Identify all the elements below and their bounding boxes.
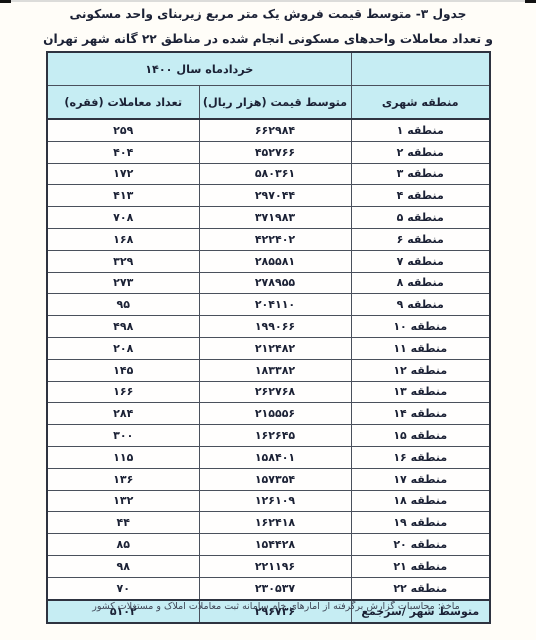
price-cell: ۲۳۰۵۳۷ — [199, 577, 351, 599]
district-cell: منطقه ۲ — [351, 141, 490, 163]
price-cell: ۱۲۶۱۰۹ — [199, 490, 351, 512]
district-cell: منطقه ۱۷ — [351, 468, 490, 490]
price-cell: ۲۶۲۷۶۸ — [199, 381, 351, 403]
transactions-cell: ۹۸ — [47, 555, 199, 577]
district-cell: منطقه ۱۴ — [351, 403, 490, 425]
transactions-column-header: تعداد معاملات (فقره) — [47, 86, 199, 120]
transactions-cell: ۸۵ — [47, 534, 199, 556]
district-cell: منطقه ۲۰ — [351, 534, 490, 556]
price-column-header: متوسط قیمت (هزار ریال) — [199, 86, 351, 120]
price-cell: ۱۶۲۶۴۵ — [199, 425, 351, 447]
district-header-empty-cell — [351, 52, 490, 86]
transactions-cell: ۳۲۹ — [47, 250, 199, 272]
transactions-cell: ۱۴۵ — [47, 359, 199, 381]
table-row: منطقه ۶ ۴۲۲۴۰۲ ۱۶۸ — [47, 228, 490, 250]
transactions-cell: ۱۶۸ — [47, 228, 199, 250]
transactions-cell: ۱۳۶ — [47, 468, 199, 490]
district-cell: منطقه ۱۳ — [351, 381, 490, 403]
transactions-cell: ۴۰۴ — [47, 141, 199, 163]
price-cell: ۲۷۸۹۵۵ — [199, 272, 351, 294]
district-cell: منطقه ۵ — [351, 207, 490, 229]
period-header-cell: خردادماه سال ۱۴۰۰ — [47, 52, 351, 86]
district-cell: منطقه ۱۶ — [351, 446, 490, 468]
transactions-cell: ۲۸۴ — [47, 403, 199, 425]
price-cell: ۲۱۲۴۸۲ — [199, 337, 351, 359]
table-row: منطقه ۱۸ ۱۲۶۱۰۹ ۱۳۲ — [47, 490, 490, 512]
price-cell: ۲۸۵۵۸۱ — [199, 250, 351, 272]
price-cell: ۱۵۴۴۲۸ — [199, 534, 351, 556]
transactions-cell: ۱۳۲ — [47, 490, 199, 512]
transactions-cell: ۴۴ — [47, 512, 199, 534]
transactions-cell: ۴۹۸ — [47, 316, 199, 338]
table-row: منطقه ۱۶ ۱۵۸۴۰۱ ۱۱۵ — [47, 446, 490, 468]
district-cell: منطقه ۱۸ — [351, 490, 490, 512]
table-row: منطقه ۹ ۲۰۴۱۱۰ ۹۵ — [47, 294, 490, 316]
district-cell: منطقه ۱۹ — [351, 512, 490, 534]
table-row: منطقه ۲۰ ۱۵۴۴۲۸ ۸۵ — [47, 534, 490, 556]
price-cell: ۳۷۱۹۸۳ — [199, 207, 351, 229]
column-header-row: منطقه شهری متوسط قیمت (هزار ریال) تعداد … — [47, 86, 490, 120]
source-note: ماخذ: محاسبات گزارش برگرفته از آمارهای خ… — [56, 601, 496, 612]
table-row: منطقه ۱۵ ۱۶۲۶۴۵ ۳۰۰ — [47, 425, 490, 447]
district-cell: منطقه ۳ — [351, 163, 490, 185]
table-row: منطقه ۱۲ ۱۸۳۳۸۲ ۱۴۵ — [47, 359, 490, 381]
price-cell: ۴۵۲۷۶۶ — [199, 141, 351, 163]
district-cell: منطقه ۲۱ — [351, 555, 490, 577]
document-page: جدول ۳- متوسط قیمت فروش یک متر مربع زیرب… — [0, 0, 536, 640]
transactions-cell: ۷۰ — [47, 577, 199, 599]
price-cell: ۴۲۲۴۰۲ — [199, 228, 351, 250]
price-cell: ۱۵۸۴۰۱ — [199, 446, 351, 468]
transactions-cell: ۱۷۲ — [47, 163, 199, 185]
district-cell: منطقه ۱۰ — [351, 316, 490, 338]
top-right-corner-mark — [525, 0, 536, 3]
district-cell: منطقه ۸ — [351, 272, 490, 294]
transactions-cell: ۳۰۰ — [47, 425, 199, 447]
table-row: منطقه ۷ ۲۸۵۵۸۱ ۳۲۹ — [47, 250, 490, 272]
district-cell: منطقه ۱ — [351, 119, 490, 141]
transactions-cell: ۲۰۸ — [47, 337, 199, 359]
price-cell: ۶۶۲۹۸۴ — [199, 119, 351, 141]
price-cell: ۱۶۲۴۱۸ — [199, 512, 351, 534]
top-left-corner-mark — [0, 0, 11, 3]
district-cell: منطقه ۶ — [351, 228, 490, 250]
district-column-header: منطقه شهری — [351, 86, 490, 120]
table-title-line-1: جدول ۳- متوسط قیمت فروش یک متر مربع زیرب… — [0, 7, 536, 21]
district-cell: منطقه ۷ — [351, 250, 490, 272]
table-row: منطقه ۱۴ ۲۱۵۵۵۶ ۲۸۴ — [47, 403, 490, 425]
price-cell: ۱۵۷۳۵۴ — [199, 468, 351, 490]
price-cell: ۲۰۴۱۱۰ — [199, 294, 351, 316]
housing-price-table: خردادماه سال ۱۴۰۰ منطقه شهری متوسط قیمت … — [46, 51, 491, 624]
table-title-line-2: و تعداد معاملات واحدهای مسکونی انجام شده… — [0, 32, 536, 46]
district-cell: منطقه ۱۵ — [351, 425, 490, 447]
price-cell: ۱۹۹۰۶۶ — [199, 316, 351, 338]
top-edge-line — [0, 0, 536, 2]
price-cell: ۵۸۰۳۶۱ — [199, 163, 351, 185]
price-cell: ۲۱۵۵۵۶ — [199, 403, 351, 425]
table-row: منطقه ۵ ۳۷۱۹۸۳ ۷۰۸ — [47, 207, 490, 229]
district-cell: منطقه ۴ — [351, 185, 490, 207]
table-row: منطقه ۲ ۴۵۲۷۶۶ ۴۰۴ — [47, 141, 490, 163]
transactions-cell: ۲۵۹ — [47, 119, 199, 141]
price-cell: ۲۹۷۰۴۴ — [199, 185, 351, 207]
price-cell: ۲۲۱۱۹۶ — [199, 555, 351, 577]
transactions-cell: ۷۰۸ — [47, 207, 199, 229]
transactions-cell: ۲۷۳ — [47, 272, 199, 294]
table-row: منطقه ۱۳ ۲۶۲۷۶۸ ۱۶۶ — [47, 381, 490, 403]
district-cell: منطقه ۱۲ — [351, 359, 490, 381]
district-cell: منطقه ۲۲ — [351, 577, 490, 599]
transactions-cell: ۴۱۳ — [47, 185, 199, 207]
table-row: منطقه ۱۰ ۱۹۹۰۶۶ ۴۹۸ — [47, 316, 490, 338]
table-row: منطقه ۲۱ ۲۲۱۱۹۶ ۹۸ — [47, 555, 490, 577]
table-row: منطقه ۲۲ ۲۳۰۵۳۷ ۷۰ — [47, 577, 490, 599]
table-row: منطقه ۱۷ ۱۵۷۳۵۴ ۱۳۶ — [47, 468, 490, 490]
price-cell: ۱۸۳۳۸۲ — [199, 359, 351, 381]
table-row: منطقه ۱ ۶۶۲۹۸۴ ۲۵۹ — [47, 119, 490, 141]
district-cell: منطقه ۹ — [351, 294, 490, 316]
table-row: منطقه ۱۱ ۲۱۲۴۸۲ ۲۰۸ — [47, 337, 490, 359]
table-row: منطقه ۴ ۲۹۷۰۴۴ ۴۱۳ — [47, 185, 490, 207]
table-body: منطقه ۱ ۶۶۲۹۸۴ ۲۵۹ منطقه ۲ ۴۵۲۷۶۶ ۴۰۴ من… — [47, 119, 490, 600]
period-header-row: خردادماه سال ۱۴۰۰ — [47, 52, 490, 86]
transactions-cell: ۱۶۶ — [47, 381, 199, 403]
table-row: منطقه ۳ ۵۸۰۳۶۱ ۱۷۲ — [47, 163, 490, 185]
district-cell: منطقه ۱۱ — [351, 337, 490, 359]
transactions-cell: ۹۵ — [47, 294, 199, 316]
table-row: منطقه ۸ ۲۷۸۹۵۵ ۲۷۳ — [47, 272, 490, 294]
transactions-cell: ۱۱۵ — [47, 446, 199, 468]
table-row: منطقه ۱۹ ۱۶۲۴۱۸ ۴۴ — [47, 512, 490, 534]
